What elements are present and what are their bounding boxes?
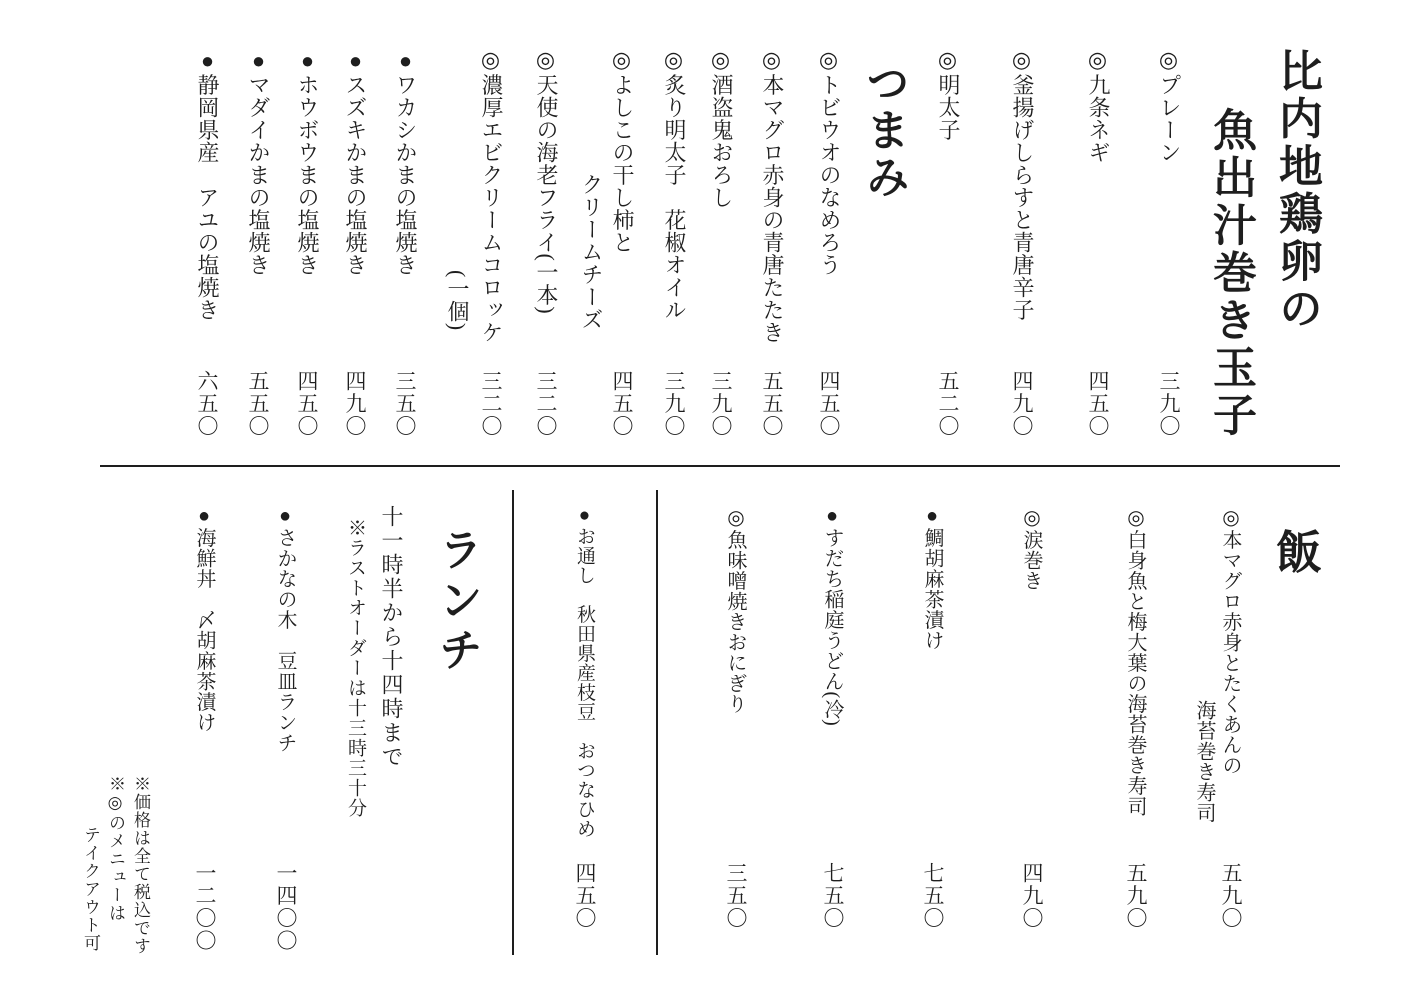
item-price: 五二〇 [937,370,958,438]
note-takeout-line1: ※◎のメニューは [107,775,124,922]
item-price: 五五〇 [247,370,268,438]
item-name: ◎九条ネギ [1087,48,1109,164]
item-name: ●鯛胡麻茶漬け [922,505,942,651]
restaurant-menu-page: 比内地鶏卵の 魚出汁巻き玉子 ◎プレーン 三九〇 ◎九条ネギ 四五〇 ◎釜揚げし… [0,0,1416,1003]
item-name-line2: クリームチーズ [580,173,602,331]
item-price: 四九〇 [1011,370,1032,438]
item-name: ●スズキかまの塩焼き [344,48,366,276]
section-header-tsumami: つまみ [861,60,905,201]
lunch-last-order: ※ラストオーダーは十三時三十分 [346,518,365,818]
item-name: ●すだち稲庭うどん(冷) [822,505,842,726]
otoshi-divider-left [512,490,514,955]
item-price: 三九〇 [663,370,684,438]
item-price: 七五〇 [922,862,943,930]
item-name: ◎酒盗鬼おろし [710,48,732,209]
note-tax-included: ※価格は全て税込です [132,775,149,955]
item-price: 一二〇〇 [194,862,215,952]
item-price: 四五〇 [611,370,632,438]
item-price: 四九〇 [344,370,365,438]
item-name: ◎天使の海老フライ(一本) [535,48,557,314]
item-name: ●マダイかまの塩焼き [247,48,269,276]
item-name: ◎トビウオのなめろう [818,48,840,276]
item-price: 六五〇 [196,370,217,438]
item-price: 三二〇 [535,370,556,438]
item-price: 三九〇 [710,370,731,438]
item-price: 三二〇 [480,370,501,438]
item-price: 五五〇 [761,370,782,438]
item-price: 四五〇 [818,370,839,438]
item-price: 四五〇 [1087,370,1108,438]
lunch-hours: 十一時半から十四時まで [380,505,402,769]
item-name: ◎本マグロ赤身とたくあんの [1220,505,1240,776]
item-name: ◎明太子 [937,48,959,141]
item-price: 三五〇 [725,862,746,930]
item-name: ◎涙巻き [1021,505,1041,591]
item-price: 五九〇 [1125,862,1146,930]
item-name: ◎濃厚エビクリームコロッケ [480,48,502,344]
item-name-line2: (一個) [446,270,468,331]
otoshi-name: ●お通し 秋田県産枝豆 おつなひめ [575,505,594,839]
menu-title-line1: 比内地鶏卵の [1274,48,1318,333]
item-name: ◎よしこの干し柿と [611,48,633,254]
menu-title-line2: 魚出汁巻き玉子 [1208,107,1252,440]
item-name: ◎白身魚と梅大葉の海苔巻き寿司 [1125,505,1145,817]
item-name: ●海鮮丼 〆胡麻茶漬け [194,505,214,733]
item-price: 一四〇〇 [275,862,296,952]
section-divider [100,465,1340,467]
section-header-meshi: 飯 [1272,528,1318,574]
item-price: 四五〇 [296,370,317,438]
item-name: ◎釜揚げしらすと青唐辛子 [1011,48,1033,321]
item-name: ◎本マグロ赤身の青唐たたき [761,48,783,344]
item-price: 三五〇 [394,370,415,438]
item-name-line2: 海苔巻き寿司 [1194,700,1214,823]
item-name: ◎魚味噌焼きおにぎり [725,505,745,714]
item-name: ◎炙り明太子 花椒オイル [663,48,685,321]
item-name: ◎プレーン [1158,48,1180,164]
otoshi-price: 四五〇 [574,862,595,930]
item-price: 四九〇 [1021,862,1042,930]
item-name: ●ワカシかまの塩焼き [394,48,416,276]
note-takeout-line2: テイクアウト可 [82,826,99,952]
item-price: 七五〇 [822,862,843,930]
item-price: 五九〇 [1220,862,1241,930]
item-name: ●静岡県産 アユの塩焼き [196,48,218,321]
item-price: 三九〇 [1158,370,1179,438]
item-name: ●ホウボウまの塩焼き [296,48,318,276]
otoshi-divider-right [656,490,658,955]
item-name: ●さかなの木 豆皿ランチ [275,505,295,753]
section-header-lunch: ランチ [434,527,478,677]
